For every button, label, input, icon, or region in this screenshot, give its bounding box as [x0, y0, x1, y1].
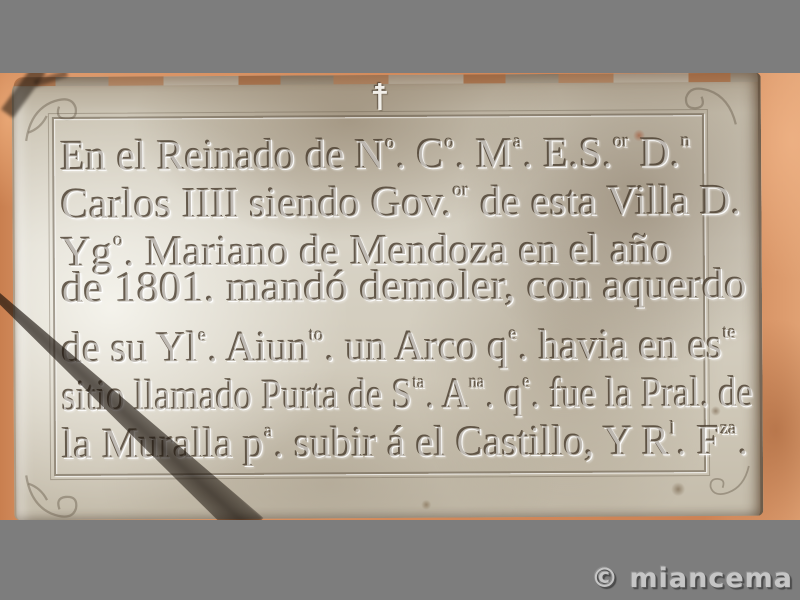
inscription-line: Carlos IIII siendo Gov.or de esta Villa … — [60, 165, 702, 217]
inscription-superscript: o — [385, 132, 394, 153]
inscription-segment: de 1801. mandó demoler, con aquerdo — [61, 261, 747, 312]
photo-wall: ☨ En el Reinado de No. Co. Ma. E.S.or D.… — [0, 73, 800, 520]
inscription-segment: . F — [676, 417, 720, 464]
inscription-superscript: n — [681, 130, 690, 151]
inscription-superscript: to — [309, 324, 323, 345]
inscription-superscript: za — [720, 418, 736, 439]
inscription-segment: . subir á el Castillo, Y R — [273, 417, 669, 466]
inscription-superscript: l — [670, 418, 675, 439]
inscription-superscript: or — [453, 180, 469, 201]
inscription-text: En el Reinado de No. Co. Ma. E.S.or D.nC… — [60, 117, 712, 457]
inscription-line: En el Reinado de No. Co. Ma. E.S.or D.n — [60, 117, 686, 169]
letterbox-bottom: © miancema — [0, 520, 800, 600]
stone-plaque: ☨ En el Reinado de No. Co. Ma. E.S.or D.… — [12, 73, 764, 520]
inscription-superscript: o — [113, 230, 122, 251]
inscription-superscript: or — [613, 131, 628, 152]
inscription-line: sitio llamado Purta de Sta. Ana. qe. fue… — [61, 358, 616, 409]
screenshot: ☨ En el Reinado de No. Co. Ma. E.S.or D.… — [0, 0, 800, 600]
inscription-line: de su Yle. Aiunto. un Arco qe. havia en … — [61, 309, 685, 361]
watermark-text: © miancema — [591, 563, 793, 594]
inscription-superscript: a — [264, 421, 272, 442]
inscription-superscript: e — [509, 323, 517, 344]
inscription-superscript: na — [469, 371, 484, 392]
inscription-superscript: o — [445, 132, 454, 153]
inscription-line: Ygo. Mariano de Mendoza en el año — [61, 213, 702, 265]
inscription-superscript: e — [523, 371, 530, 392]
inscription-superscript: te — [723, 322, 736, 343]
inscription-segment: . — [737, 417, 748, 464]
inscription-superscript: ta — [413, 372, 425, 393]
cross-icon: ☨ — [370, 79, 390, 117]
inscription-superscript: e — [198, 325, 206, 346]
inscription-line: de 1801. mandó demoler, con aquerdo — [61, 261, 738, 313]
inscription-superscript: a — [513, 131, 521, 152]
letterbox-top — [0, 0, 800, 73]
